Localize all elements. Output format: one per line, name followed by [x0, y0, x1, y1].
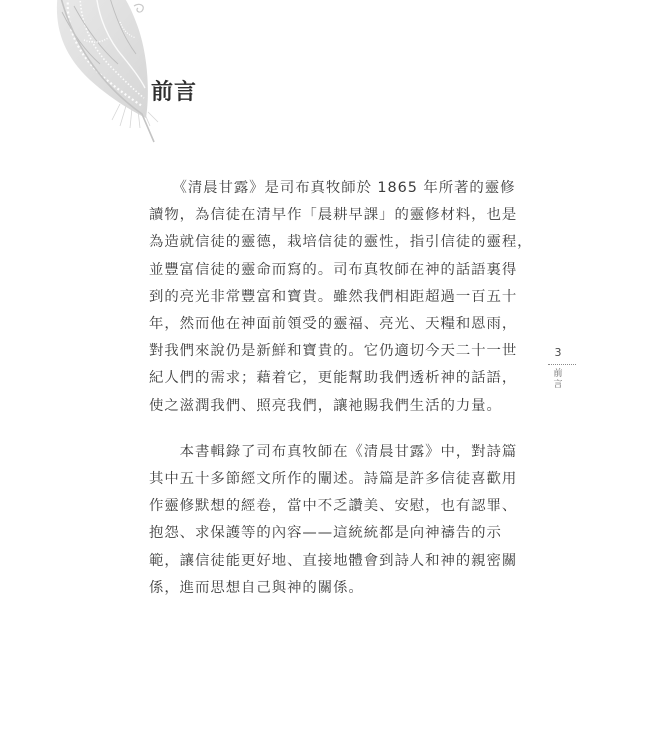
text-line: 到的亮光非常豐富和寶貴。雖然我們相距超過一百五十 — [149, 284, 521, 311]
body-text: 《清晨甘露》是司布真牧師於 1865 年所著的靈修 讀物，為信徒在清早作「晨耕早… — [149, 175, 521, 602]
text-line: 對我們來說仍是新鮮和寶貴的。它仍適切今天二十一世 — [149, 338, 521, 365]
text-line: 《清晨甘露》是司布真牧師於 1865 年所著的靈修 — [149, 175, 521, 202]
text-line: 使之滋潤我們、照亮我們，讓祂賜我們生活的力量。 — [149, 393, 521, 420]
text-line: 讀物，為信徒在清早作「晨耕早課」的靈修材料，也是 — [149, 202, 521, 229]
text-line: 紀人們的需求；藉着它，更能幫助我們透析神的話語， — [149, 365, 521, 392]
running-section-char: 言 — [538, 380, 578, 391]
text-line: 係，進而思想自己與神的關係。 — [149, 575, 521, 602]
page-number: 3 — [538, 346, 578, 360]
text-line: 本書輯錄了司布真牧師在《清晨甘露》中，對詩篇 — [149, 439, 521, 466]
paragraph-2: 本書輯錄了司布真牧師在《清晨甘露》中，對詩篇 其中五十多節經文所作的闡述。詩篇是… — [149, 439, 521, 602]
running-section-char: 前 — [538, 369, 578, 380]
text-line: 抱怨、求保護等的內容——這統統都是向神禱告的示 — [149, 520, 521, 547]
text-line: 作靈修默想的經卷，當中不乏讚美、安慰，也有認罪、 — [149, 493, 521, 520]
text-line: 為造就信徒的靈德，栽培信徒的靈性，指引信徒的靈程， — [149, 229, 521, 256]
text-line: 範，讓信徒能更好地、直接地體會到詩人和神的親密關 — [149, 548, 521, 575]
text-line: 其中五十多節經文所作的闡述。詩篇是許多信徒喜歡用 — [149, 466, 521, 493]
text-line: 並豐富信徒的靈命而寫的。司布真牧師在神的話語裏得 — [149, 257, 521, 284]
page-marker: 3 前 言 — [546, 346, 578, 391]
page-title: 前言 — [151, 79, 197, 107]
dotted-divider — [548, 364, 576, 365]
paragraph-1: 《清晨甘露》是司布真牧師於 1865 年所著的靈修 讀物，為信徒在清早作「晨耕早… — [149, 175, 521, 420]
text-line: 年，然而他在神面前領受的靈福、亮光、天糧和恩雨， — [149, 311, 521, 338]
feather-illustration-icon — [50, 0, 170, 144]
